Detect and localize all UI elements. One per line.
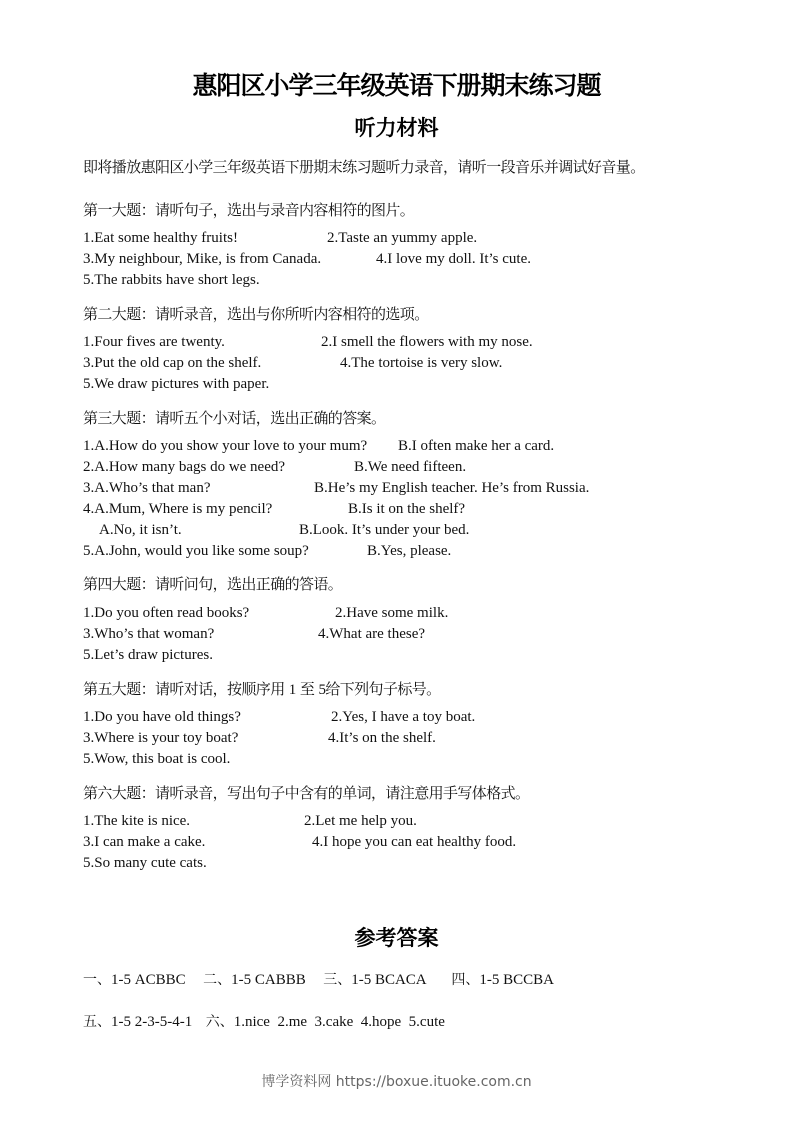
section-6-item-2: 2.Let me help you. <box>304 813 417 830</box>
section-3-dialog-4-b2: B.Look. It’s under your bed. <box>299 522 469 539</box>
answers-title: 参考答案 <box>0 922 793 952</box>
section-3-dialog-3-b: B.He’s my English teacher. He’s from Rus… <box>314 480 589 497</box>
section-5-heading-mid: 至 <box>300 680 314 698</box>
answer-2-value: 1-5 CABBB <box>231 972 306 988</box>
section-6-heading: 第六大题：请听录音，写出句子中含有的单词，请注意用手写体格式。 <box>83 782 529 803</box>
section-3-dialog-5-b: B.Yes, please. <box>367 543 451 560</box>
answer-6-value: 1.nice 2.me 3.cake 4.hope 5.cute <box>234 1014 445 1030</box>
section-6-item-1: 1.The kite is nice. <box>83 813 190 830</box>
answer-1-value: 1-5 ACBBC <box>111 972 186 988</box>
answer-4-value: 1-5 BCCBA <box>479 972 554 988</box>
footer-watermark: 博学资料网 https://boxue.ituoke.com.cn <box>0 1071 793 1091</box>
section-5-item-1: 1.Do you have old things? <box>83 709 241 726</box>
answer-5-label: 五、 <box>83 1014 111 1030</box>
section-6-item-3: 3.I can make a cake. <box>83 834 205 851</box>
section-3-dialog-4-b: B.Is it on the shelf? <box>348 501 465 518</box>
section-4-item-5: 5.Let’s draw pictures. <box>83 647 213 664</box>
section-2-heading: 第二大题：请听录音，选出与你所听内容相符的选项。 <box>83 303 429 324</box>
section-3-dialog-1-b: B.I often make her a card. <box>398 438 554 455</box>
answer-1-label: 一、 <box>83 972 111 988</box>
section-4-item-1: 1.Do you often read books? <box>83 605 249 622</box>
section-5-heading-pre: 第五大题：请听对话，按顺序用 <box>83 680 285 698</box>
answer-5-value: 1-5 2-3-5-4-1 <box>111 1014 192 1030</box>
section-4-item-2: 2.Have some milk. <box>335 605 448 622</box>
section-5-heading: 第五大题：请听对话，按顺序用 1 至 5给下列句子标号。 <box>83 678 441 699</box>
section-2-item-4: 4.The tortoise is very slow. <box>340 355 502 372</box>
answers-line-2: 五、1-5 2-3-5-4-1 六、1.nice 2.me 3.cake 4.h… <box>83 1011 445 1031</box>
section-1-item-3: 3.My neighbour, Mike, is from Canada. <box>83 251 321 268</box>
section-3-dialog-1-a: 1.A.How do you show your love to your mu… <box>83 438 367 455</box>
section-3-dialog-2-b: B.We need fifteen. <box>354 459 466 476</box>
section-1-item-5: 5.The rabbits have short legs. <box>83 272 260 289</box>
section-2-item-1: 1.Four fives are twenty. <box>83 334 225 351</box>
section-5-item-2: 2.Yes, I have a toy boat. <box>331 709 475 726</box>
section-1-item-2: 2.Taste an yummy apple. <box>327 230 477 247</box>
section-1-item-1: 1.Eat some healthy fruits! <box>83 230 238 247</box>
section-5-item-4: 4.It’s on the shelf. <box>328 730 436 747</box>
section-2-item-3: 3.Put the old cap on the shelf. <box>83 355 261 372</box>
section-4-heading: 第四大题：请听问句，选出正确的答语。 <box>83 573 342 594</box>
section-3-dialog-4-a2: A.No, it isn’t. <box>99 522 182 539</box>
section-5-heading-post: 给下列句子标号。 <box>325 680 440 698</box>
page-subtitle: 听力材料 <box>0 112 793 142</box>
page-title: 惠阳区小学三年级英语下册期末练习题 <box>0 66 793 102</box>
answer-3-value: 1-5 BCACA <box>351 972 426 988</box>
document-page: 惠阳区小学三年级英语下册期末练习题 听力材料 即将播放惠阳区小学三年级英语下册期… <box>0 0 793 1122</box>
section-3-dialog-2-a: 2.A.How many bags do we need? <box>83 459 285 476</box>
section-5-heading-num1: 1 <box>289 682 296 698</box>
section-4-item-4: 4.What are these? <box>318 626 425 643</box>
answer-2-label: 二、 <box>203 972 231 988</box>
section-1-item-4: 4.I love my doll. It’s cute. <box>376 251 531 268</box>
intro-text: 即将播放惠阳区小学三年级英语下册期末练习题听力录音，请听一段音乐并调试好音量。 <box>83 156 645 177</box>
section-6-item-4: 4.I hope you can eat healthy food. <box>312 834 516 851</box>
section-6-item-5: 5.So many cute cats. <box>83 855 207 872</box>
section-4-item-3: 3.Who’s that woman? <box>83 626 214 643</box>
section-5-item-3: 3.Where is your toy boat? <box>83 730 238 747</box>
answer-6-label: 六、 <box>206 1014 234 1030</box>
answer-4-label: 四、 <box>451 972 479 988</box>
section-3-heading: 第三大题：请听五个小对话，选出正确的答案。 <box>83 407 385 428</box>
section-1-heading: 第一大题：请听句子，选出与录音内容相符的图片。 <box>83 199 414 220</box>
section-2-item-5: 5.We draw pictures with paper. <box>83 376 269 393</box>
answers-line-1: 一、1-5 ACBBC 二、1-5 CABBB 三、1-5 BCACA 四、1-… <box>83 969 554 989</box>
section-3-dialog-3-a: 3.A.Who’s that man? <box>83 480 210 497</box>
answer-3-label: 三、 <box>323 972 351 988</box>
section-5-item-5: 5.Wow, this boat is cool. <box>83 751 230 768</box>
section-3-dialog-5-a: 5.A.John, would you like some soup? <box>83 543 309 560</box>
section-2-item-2: 2.I smell the flowers with my nose. <box>321 334 533 351</box>
section-3-dialog-4-a: 4.A.Mum, Where is my pencil? <box>83 501 272 518</box>
